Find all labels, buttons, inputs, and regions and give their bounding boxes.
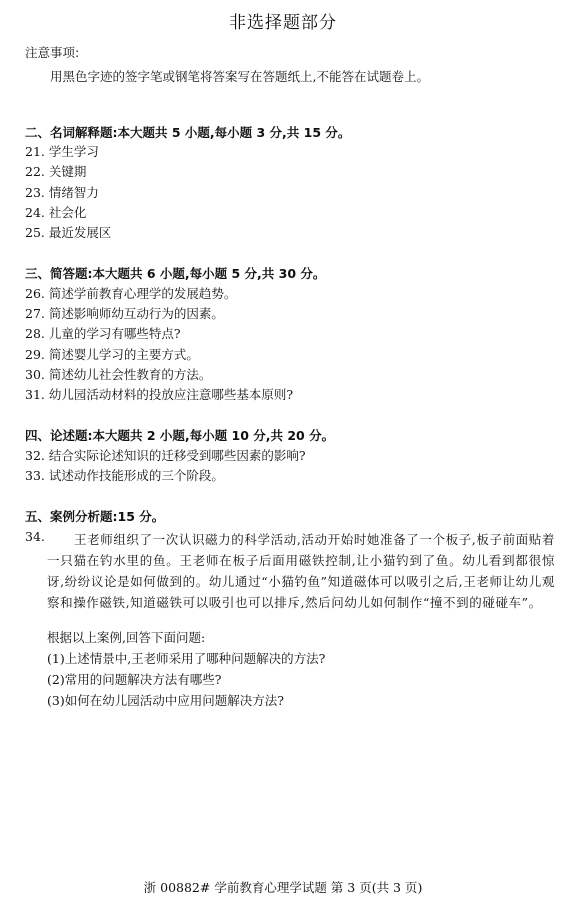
notice-heading: 注意事项: <box>25 44 79 62</box>
question-25: 25. 最近发展区 <box>25 224 111 242</box>
case-prompt: 根据以上案例,回答下面问题: <box>47 629 205 647</box>
question-23: 23. 情绪智力 <box>25 184 99 202</box>
section-heading-2: 二、名词解释题:本大题共 5 小题,每小题 3 分,共 15 分。 <box>25 124 350 142</box>
question-26: 26. 简述学前教育心理学的发展趋势。 <box>25 285 236 303</box>
page-footer: 浙 00882# 学前教育心理学试题 第 3 页(共 3 页) <box>0 878 566 896</box>
exam-page: 非选择题部分 注意事项: 用黑色字迹的签字笔或钢笔将答案写在答题纸上,不能答在试… <box>0 0 566 908</box>
question-27: 27. 简述影响师幼互动行为的因素。 <box>25 305 224 323</box>
page-title: 非选择题部分 <box>0 8 566 33</box>
subquestion-3: (3)如何在幼儿园活动中应用问题解决方法? <box>47 692 284 710</box>
question-32: 32. 结合实际论述知识的迁移受到哪些因素的影响? <box>25 447 306 465</box>
question-31: 31. 幼儿园活动材料的投放应注意哪些基本原则? <box>25 386 293 404</box>
question-24: 24. 社会化 <box>25 204 86 222</box>
subquestion-1: (1)上述情景中,王老师采用了哪种问题解决的方法? <box>47 650 325 668</box>
question-34-number: 34. <box>25 529 45 544</box>
question-21: 21. 学生学习 <box>25 143 99 161</box>
question-29: 29. 简述婴儿学习的主要方式。 <box>25 346 199 364</box>
section-heading-3: 三、简答题:本大题共 6 小题,每小题 5 分,共 30 分。 <box>25 265 325 283</box>
section-heading-4: 四、论述题:本大题共 2 小题,每小题 10 分,共 20 分。 <box>25 427 334 445</box>
subquestion-2: (2)常用的问题解决方法有哪些? <box>47 671 221 689</box>
notice-text: 用黑色字迹的签字笔或钢笔将答案写在答题纸上,不能答在试题卷上。 <box>50 68 429 86</box>
question-22: 22. 关键期 <box>25 163 86 181</box>
question-30: 30. 简述幼儿社会性教育的方法。 <box>25 366 211 384</box>
section-heading-5: 五、案例分析题:15 分。 <box>25 508 164 526</box>
question-28: 28. 儿童的学习有哪些特点? <box>25 325 181 343</box>
question-33: 33. 试述动作技能形成的三个阶段。 <box>25 467 224 485</box>
case-paragraph: 王老师组织了一次认识磁力的科学活动,活动开始时她准备了一个板子,板子前面贴着一只… <box>47 529 555 613</box>
